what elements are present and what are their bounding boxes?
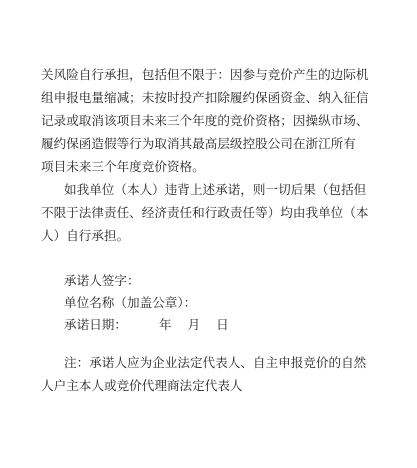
date-row: 承诺日期：年月日 [64,317,229,333]
body-line-4: 履约保函造假等行为取消其最高层级控股公司在浙江所有 [41,136,356,152]
consequence-line-1: 如我单位（本人）违背上述承诺，则一切后果（包括但 [64,182,366,198]
note-line-1: 注：承诺人应为企业法定代表人、自主申报竞价的自然 [64,355,366,371]
note-line-2: 人户主本人或竞价代理商法定代表人 [41,378,243,394]
date-label: 承诺日期： [64,317,127,333]
signer-label: 承诺人签字： [64,273,140,289]
consequence-line-3: 人）自行承担。 [41,228,129,244]
body-line-5: 项目未来三个年度竞价资格。 [41,159,205,175]
body-line-3: 记录或取消该项目未来三个年度的竞价资格；因操纵市场、 [41,113,368,129]
consequence-line-2: 不限于法律责任、经济责任和行政责任等）均由我单位（本 [41,205,368,221]
unit-name-label: 单位名称（加盖公章）： [64,295,196,311]
date-year: 年 [159,317,172,333]
date-day: 日 [216,317,229,333]
body-line-2: 组申报电量缩减；未按时投产扣除履约保函资金、纳入征信 [41,90,368,106]
document-page: 关风险自行承担，包括但不限于：因参与竞价产生的边际机 组申报电量缩减；未按时投产… [0,0,417,468]
date-month: 月 [188,317,201,333]
body-line-1: 关风险自行承担，包括但不限于：因参与竞价产生的边际机 [41,67,368,83]
